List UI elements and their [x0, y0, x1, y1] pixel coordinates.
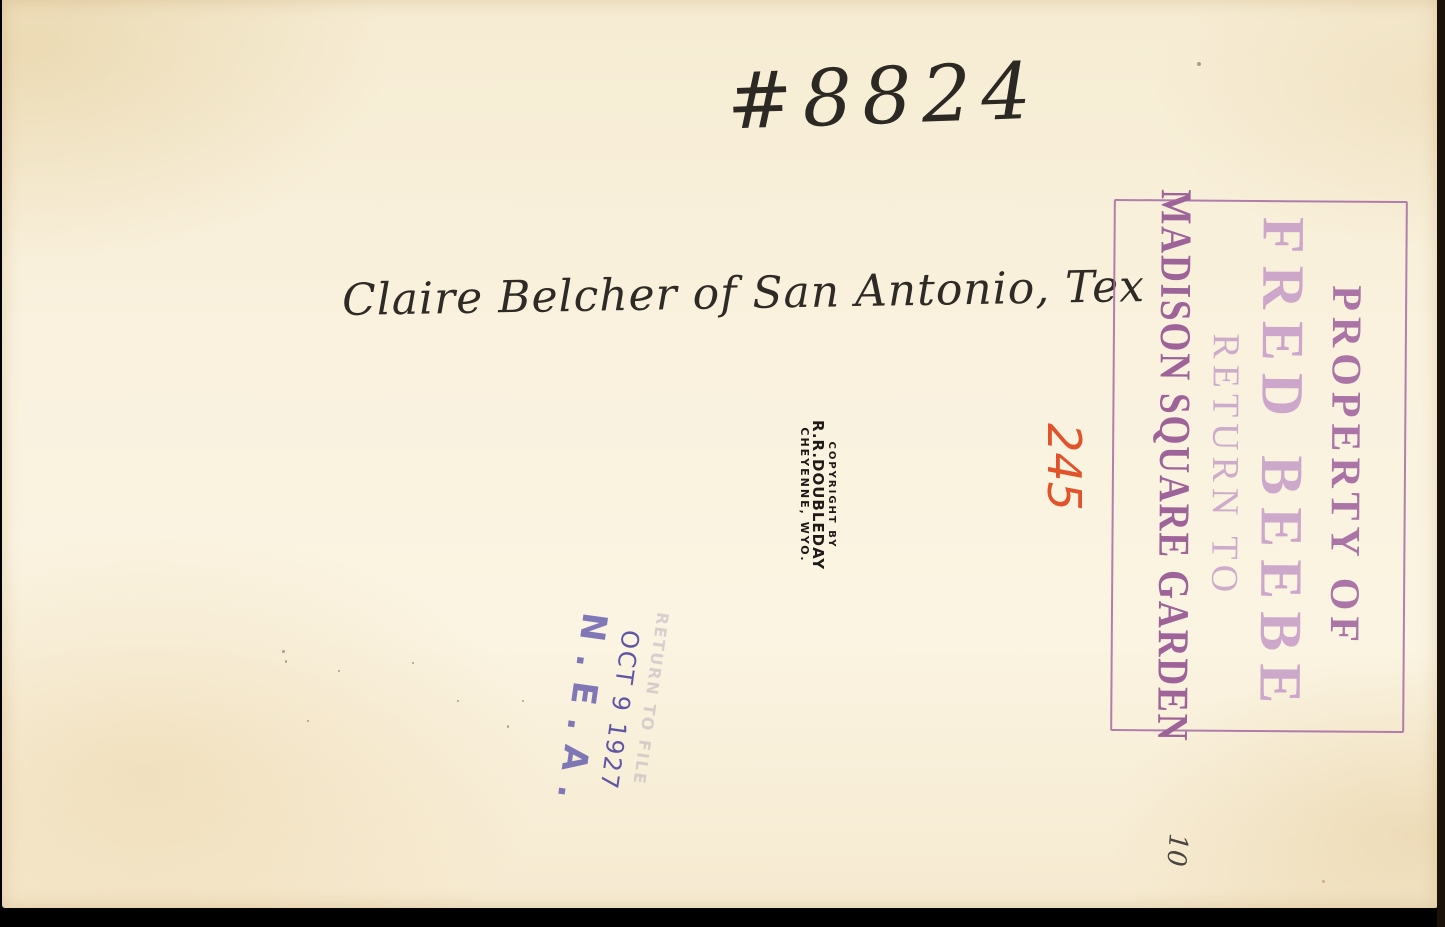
copyright-stamp-line2: R.R.DOUBLEDAY [810, 420, 826, 570]
speck [457, 700, 459, 702]
speck [1197, 62, 1201, 66]
handwritten-caption: Claire Belcher of San Antonio, Tex [342, 261, 1146, 326]
date-stamp: RETURN TO FILE OCT 9 1927 N.E.A. [532, 598, 673, 841]
speck [338, 670, 340, 672]
catalog-number: #8824 [726, 47, 1043, 148]
copyright-stamp-line3: CHEYENNE, WYO. [798, 420, 810, 570]
speck [1322, 880, 1325, 883]
copyright-stamp-line1: COPYRIGHT BY [825, 420, 836, 570]
property-stamp-line4: MADISON SQUARE GARDEN [1150, 189, 1198, 742]
red-pencil-mark: 245 [1037, 423, 1091, 511]
speck [522, 700, 524, 702]
photo-card-back: #8824 Claire Belcher of San Antonio, Tex… [2, 0, 1438, 908]
speck [285, 660, 287, 663]
speck [282, 650, 285, 653]
corner-mark: 10 [1160, 832, 1193, 868]
property-stamp-line1: PROPERTY OF [1323, 285, 1368, 648]
copyright-stamp: COPYRIGHT BY R.R.DOUBLEDAY CHEYENNE, WYO… [798, 420, 836, 570]
speck [507, 725, 509, 728]
property-stamp-line3: RETURN TO [1205, 333, 1245, 598]
property-stamp-line2: FRED BEEBE [1250, 217, 1313, 716]
speck [412, 662, 414, 664]
property-stamp-text: PROPERTY OF FRED BEEBE RETURN TO MADISON… [1117, 205, 1401, 727]
property-stamp: PROPERTY OF FRED BEEBE RETURN TO MADISON… [1110, 199, 1408, 733]
scan-edge [1437, 0, 1445, 927]
speck [307, 720, 309, 722]
